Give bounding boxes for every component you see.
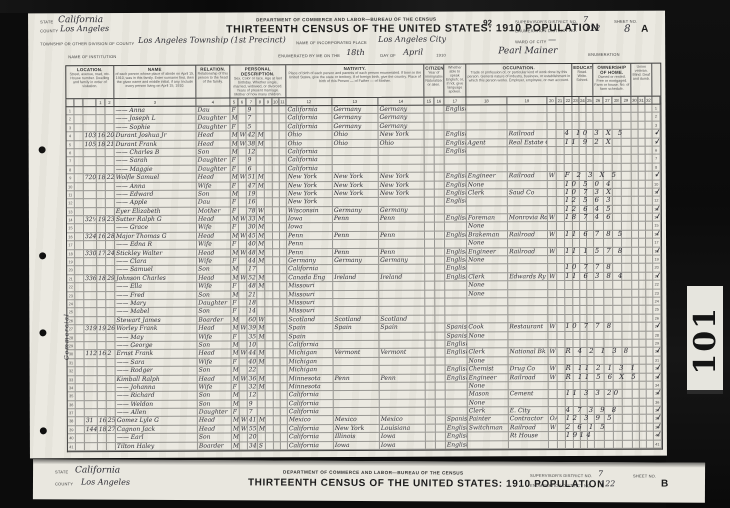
cell-name: Eyer Elizabeth xyxy=(115,207,197,215)
cell-wr xyxy=(581,424,588,431)
cell-wr xyxy=(580,323,587,330)
cell-rd xyxy=(573,181,580,188)
cell-age: 12 xyxy=(248,392,258,399)
cell-fsn xyxy=(622,340,632,347)
cell-name: —— Weldon xyxy=(116,400,198,408)
cell-bl xyxy=(639,172,646,179)
cell-ym xyxy=(265,257,273,264)
cell-nat xyxy=(435,181,445,188)
cell-sch xyxy=(587,264,594,271)
cell-vet xyxy=(632,130,639,137)
cell-bl xyxy=(639,205,646,212)
cell-ms: M xyxy=(257,283,265,290)
cell-occ: None xyxy=(467,240,508,248)
cell-fh xyxy=(614,357,623,364)
cell-imm xyxy=(425,164,435,171)
cell-color xyxy=(239,333,247,340)
cell-ms: M xyxy=(258,358,266,365)
cell-rd xyxy=(574,415,581,422)
cell-color: W xyxy=(239,174,247,181)
cell-fb: Iowa xyxy=(334,441,380,449)
cell-pb: California xyxy=(288,400,334,408)
cell-mb: New York xyxy=(379,190,425,198)
cell-fh xyxy=(613,340,622,347)
cell-ms: M xyxy=(258,417,266,424)
cell-cl xyxy=(279,106,286,113)
cell-cl xyxy=(280,140,287,147)
cell-sex: M xyxy=(232,400,240,407)
cell-fsn xyxy=(622,281,632,288)
cell-occ: Engineer xyxy=(467,172,508,180)
cell-rd xyxy=(574,373,581,380)
cell-df xyxy=(646,172,653,179)
cell-dw: 18 xyxy=(97,141,106,148)
cell-occ: Clerk xyxy=(467,273,508,281)
cell-pb: Missouri xyxy=(287,291,333,299)
cell-fam: 28 xyxy=(106,233,115,240)
cell-imm xyxy=(425,324,435,331)
cell-sex: M xyxy=(231,341,239,348)
cell-nat xyxy=(435,223,445,230)
cell-fb xyxy=(334,391,380,399)
cell-cl xyxy=(280,316,287,323)
cell-imm xyxy=(425,122,435,129)
cell-own xyxy=(595,424,605,431)
cell-dw xyxy=(97,292,106,299)
column-number-occ: 18 xyxy=(466,97,507,104)
cell-age: 22 xyxy=(248,367,258,374)
cell-ms xyxy=(258,434,266,441)
cell-occ xyxy=(467,130,508,138)
cell-fam xyxy=(106,308,115,315)
cell-house xyxy=(84,292,97,299)
cell-rd xyxy=(573,155,580,162)
cell-ind xyxy=(508,147,548,155)
cell-dw xyxy=(97,342,106,349)
cell-mort xyxy=(604,273,613,280)
cell-occ xyxy=(467,156,508,164)
cell-emp xyxy=(548,306,557,313)
cell-rel: Son xyxy=(197,266,231,274)
cell-mort xyxy=(604,323,613,330)
cell-imm xyxy=(424,114,434,121)
cell-vet xyxy=(632,147,639,154)
cell-df xyxy=(646,348,653,355)
cell-ind: Saud Co xyxy=(508,189,548,197)
cell-sch xyxy=(587,273,594,280)
cell-cb xyxy=(273,291,280,298)
cell-bl xyxy=(638,105,645,112)
cell-sex: F xyxy=(231,299,239,306)
cell-rd xyxy=(574,424,581,431)
cell-sex: M xyxy=(231,291,239,298)
census-table: LOCATION.Street, avenue, road, etc. Hous… xyxy=(65,63,663,453)
cell-nat xyxy=(435,307,445,314)
cell-ms xyxy=(257,291,265,298)
cell-emp xyxy=(548,147,557,154)
cell-w2 xyxy=(566,357,574,364)
cell-mort xyxy=(605,407,614,414)
cell-color xyxy=(239,266,247,273)
cell-sex: F xyxy=(231,199,239,206)
cell-own xyxy=(595,382,605,389)
cell-ym xyxy=(265,283,273,290)
cell-occ: Brakeman xyxy=(467,231,508,239)
cell-imm xyxy=(425,139,435,146)
cell-cl xyxy=(280,157,287,164)
cell-fh xyxy=(613,323,622,330)
cell-eng xyxy=(446,382,468,389)
cell-house xyxy=(84,241,97,248)
footer-state-value: California xyxy=(75,465,120,475)
cell-house xyxy=(85,367,98,374)
cell-vet xyxy=(633,407,640,414)
cell-df xyxy=(646,147,653,154)
cell-w2 xyxy=(566,374,574,381)
cell-rd xyxy=(573,164,580,171)
cell-bl xyxy=(639,197,646,204)
cell-name: —— Fred xyxy=(115,291,197,299)
cell-nat xyxy=(436,366,446,373)
cell-emp xyxy=(548,239,557,246)
cell-wr xyxy=(580,315,587,322)
cell-fsn xyxy=(622,247,632,254)
cell-fh xyxy=(613,331,622,338)
cell-nat xyxy=(435,189,445,196)
cell-rel: Daughter xyxy=(197,165,231,173)
footer-state-label: State xyxy=(55,469,68,474)
cell-ym xyxy=(266,434,274,441)
cell-dw xyxy=(98,434,107,441)
cell-age: 12 xyxy=(247,148,257,155)
cell-occ xyxy=(467,164,508,172)
township-value: Los Angeles Township (1st Precinct) xyxy=(138,35,286,45)
cell-rel: Daughter xyxy=(197,299,231,307)
cell-ln: 8 xyxy=(67,166,75,173)
footer-county-value: Los Angeles xyxy=(81,477,130,486)
cell-fam: 21 xyxy=(106,141,115,148)
cell-bl xyxy=(640,415,647,422)
cell-rd xyxy=(573,172,580,179)
cell-cl xyxy=(281,358,288,365)
cell-cl xyxy=(280,207,287,214)
cell-fh xyxy=(614,440,623,447)
cell-rno: 28 xyxy=(653,331,661,338)
cell-name: Stewart James xyxy=(115,316,197,324)
cell-ym xyxy=(265,291,273,298)
cell-sch xyxy=(587,189,594,196)
cell-nat xyxy=(436,349,446,356)
cell-own xyxy=(595,399,605,406)
cell-w2 xyxy=(565,139,573,146)
cell-occ: None xyxy=(467,332,508,340)
cell-occ xyxy=(467,315,508,323)
cell-mort xyxy=(605,390,614,397)
cell-ms xyxy=(257,308,265,315)
cell-w1 xyxy=(556,113,564,120)
column-number-wr: 24 xyxy=(579,97,586,104)
cell-cb xyxy=(273,148,280,155)
cell-mort xyxy=(604,239,613,246)
cell-imm xyxy=(426,399,436,406)
cell-vet xyxy=(632,180,639,187)
cell-rel: Daughter xyxy=(197,157,231,165)
cell-vet xyxy=(632,323,639,330)
cell-bl xyxy=(640,373,647,380)
cell-w1 xyxy=(558,357,566,364)
cell-emp xyxy=(548,340,557,347)
cell-fsn xyxy=(623,424,633,431)
cell-ym xyxy=(264,115,272,122)
cell-imm xyxy=(425,332,435,339)
cell-ym xyxy=(264,106,272,113)
ward-value: — xyxy=(548,35,556,44)
street-name-vertical: Commercial xyxy=(63,313,70,360)
cell-df xyxy=(646,323,653,330)
cell-fb xyxy=(334,383,380,391)
cell-rd xyxy=(573,231,580,238)
cell-fh xyxy=(613,306,622,313)
cell-age: 55 xyxy=(248,425,258,432)
cell-rno: 6 xyxy=(653,147,661,154)
cell-nat xyxy=(436,408,446,415)
cell-ln: 31 xyxy=(68,359,76,366)
cell-cb xyxy=(273,207,280,214)
cell-imm xyxy=(425,282,435,289)
cell-nat xyxy=(435,131,445,138)
cell-bl xyxy=(639,239,646,246)
cell-ln: 21 xyxy=(67,275,75,282)
cell-emp: W xyxy=(549,374,558,381)
cell-sch xyxy=(588,390,595,397)
cell-occ: Mason xyxy=(468,391,509,399)
cell-rno: 7 xyxy=(653,155,661,162)
cell-fsn xyxy=(622,348,632,355)
cell-mb: Penn xyxy=(379,248,425,256)
cell-color xyxy=(238,115,246,122)
cell-imm xyxy=(426,391,436,398)
cell-mb xyxy=(380,366,426,374)
cell-sch xyxy=(588,373,595,380)
cell-sch xyxy=(587,348,594,355)
cell-w2 xyxy=(565,290,573,297)
cell-pb: California xyxy=(287,265,333,273)
cell-color: W xyxy=(240,417,248,424)
cell-emp: W xyxy=(548,248,557,255)
cell-vet xyxy=(633,365,640,372)
cell-pb: California xyxy=(287,156,333,164)
footer-supervisor-label: Supervisor's District No. xyxy=(530,473,592,478)
cell-vet xyxy=(632,189,639,196)
footer-sheet-label: Sheet No. xyxy=(633,473,656,478)
section-personal: PERSONAL DESCRIPTION.Sex. Color or race.… xyxy=(230,65,286,97)
cell-dw: 18 xyxy=(97,275,106,282)
cell-rel: Wife xyxy=(198,358,232,366)
cell-sch xyxy=(588,399,595,406)
cell-df xyxy=(646,189,653,196)
cell-df xyxy=(647,373,654,380)
cell-cb xyxy=(273,123,280,130)
cell-nat xyxy=(435,257,445,264)
cell-ym xyxy=(265,131,273,138)
cell-color xyxy=(239,182,247,189)
cell-fsn xyxy=(621,105,631,112)
cell-name: —— Ella xyxy=(115,283,197,291)
cell-name: Durant Frank xyxy=(115,140,197,148)
cell-fsn xyxy=(622,180,632,187)
cell-age: 48 xyxy=(247,283,257,290)
cell-ind xyxy=(508,281,548,289)
cell-rel: Head xyxy=(197,216,231,224)
cell-fh xyxy=(613,189,622,196)
cell-name: Tilton Haley xyxy=(116,442,198,450)
cell-fb xyxy=(333,198,379,206)
cell-wr xyxy=(581,432,588,439)
cell-eng xyxy=(446,391,468,398)
cell-w1 xyxy=(557,206,565,213)
cell-df xyxy=(646,197,653,204)
cell-vet xyxy=(632,314,639,321)
cell-color xyxy=(240,358,248,365)
cell-fb: Mexico xyxy=(334,416,380,424)
cell-emp: W xyxy=(548,348,557,355)
cell-eng xyxy=(446,399,468,406)
cell-fam xyxy=(106,342,115,349)
cell-sch xyxy=(587,122,594,129)
cell-w2 xyxy=(565,231,573,238)
cell-rel: Daughter xyxy=(196,115,230,123)
column-number-pb: 12 xyxy=(286,98,332,105)
cell-mb: Louisiana xyxy=(380,425,426,433)
section-note: Place of birth of each person and parent… xyxy=(287,71,422,84)
cell-rd xyxy=(573,130,580,137)
cell-wr xyxy=(580,139,587,146)
cell-ind xyxy=(507,105,547,113)
cell-sex: F xyxy=(231,258,239,265)
cell-vet xyxy=(632,163,639,170)
cell-fsn xyxy=(622,214,632,221)
cell-w1 xyxy=(558,374,566,381)
cell-vet xyxy=(632,231,639,238)
cell-ym xyxy=(265,249,273,256)
cell-df xyxy=(646,180,653,187)
cell-name: Gomez Lyle G xyxy=(116,417,198,425)
cell-rel: Son xyxy=(198,400,232,408)
cell-emp xyxy=(548,265,557,272)
cell-mb xyxy=(380,408,426,416)
cell-pb: Wisconsin xyxy=(287,207,333,215)
cell-emp xyxy=(549,390,558,397)
cell-eng xyxy=(445,298,467,305)
cell-bl xyxy=(639,348,646,355)
column-number-bl: 31 xyxy=(638,97,645,104)
cell-fam xyxy=(106,166,115,173)
checkmark-icon: ✓ xyxy=(654,211,662,221)
footer-enum-district-label: Enumeration District No. xyxy=(530,483,592,488)
cell-fsn xyxy=(623,440,633,447)
cell-eng: English xyxy=(445,231,467,238)
column-number-df: 32 xyxy=(645,97,652,104)
cell-bl xyxy=(640,365,647,372)
cell-vet xyxy=(632,214,639,221)
cell-house xyxy=(84,283,97,290)
cell-ym xyxy=(265,232,273,239)
cell-bl xyxy=(639,155,646,162)
cell-color: W xyxy=(239,216,247,223)
cell-occ xyxy=(467,198,508,206)
cell-sex: M xyxy=(231,249,239,256)
footer-county-label: County xyxy=(55,481,73,486)
section-note: Year of immigration. Naturalized or alie… xyxy=(425,71,442,87)
cell-bl xyxy=(639,121,646,128)
cell-fam: 29 xyxy=(106,275,115,282)
cell-sch xyxy=(587,206,594,213)
cell-fsn xyxy=(623,432,633,439)
cell-mort xyxy=(604,130,613,137)
cell-fb xyxy=(333,290,379,298)
cell-w1 xyxy=(557,197,565,204)
cell-fam xyxy=(106,183,115,190)
cell-dw xyxy=(98,359,107,366)
cell-cb xyxy=(274,434,281,441)
cell-imm xyxy=(425,341,435,348)
cell-cl xyxy=(280,173,287,180)
cell-sex: F xyxy=(231,157,239,164)
cell-sex: M xyxy=(231,274,239,281)
cell-name: Kimball Ralph xyxy=(116,375,198,383)
cell-sch xyxy=(587,323,594,330)
cell-imm xyxy=(425,273,435,280)
section-education: EDUCATION.Read. Write. School. xyxy=(572,64,593,96)
cell-fh xyxy=(613,155,622,162)
cell-cb xyxy=(273,173,280,180)
cell-mb xyxy=(379,240,425,248)
cell-sch xyxy=(586,113,593,120)
cell-ind: Contractor xyxy=(509,416,549,424)
cell-pb: California xyxy=(286,114,332,122)
cell-rd xyxy=(573,139,580,146)
cell-w2 xyxy=(566,399,574,406)
cell-ms: M xyxy=(257,241,265,248)
cell-rd xyxy=(573,273,580,280)
cell-wr xyxy=(580,222,587,229)
cell-fh xyxy=(614,365,623,372)
cell-house xyxy=(84,342,97,349)
cell-house xyxy=(84,225,97,232)
cell-cl xyxy=(280,199,287,206)
cell-ind xyxy=(508,290,548,298)
cell-mort xyxy=(604,264,613,271)
cell-own xyxy=(594,264,604,271)
cell-fb: Germany xyxy=(333,207,379,215)
cell-sch xyxy=(587,315,594,322)
cell-ind: National Bk xyxy=(508,348,548,356)
column-number-mort: 27 xyxy=(603,97,612,104)
cell-df xyxy=(646,155,653,162)
cell-mb: Penn xyxy=(380,374,426,382)
cell-fh xyxy=(613,147,622,154)
cell-fsn xyxy=(622,264,632,271)
cell-sex: M xyxy=(232,417,240,424)
cell-w1 xyxy=(558,382,566,389)
cell-ms xyxy=(257,190,265,197)
cell-cb xyxy=(273,274,280,281)
cell-occ xyxy=(467,307,508,315)
cell-vet xyxy=(632,331,639,338)
cell-rd xyxy=(572,105,579,112)
section-occupation: OCCUPATION.Trade or profession of, or pa… xyxy=(466,64,572,96)
cell-pb: California xyxy=(288,391,334,399)
